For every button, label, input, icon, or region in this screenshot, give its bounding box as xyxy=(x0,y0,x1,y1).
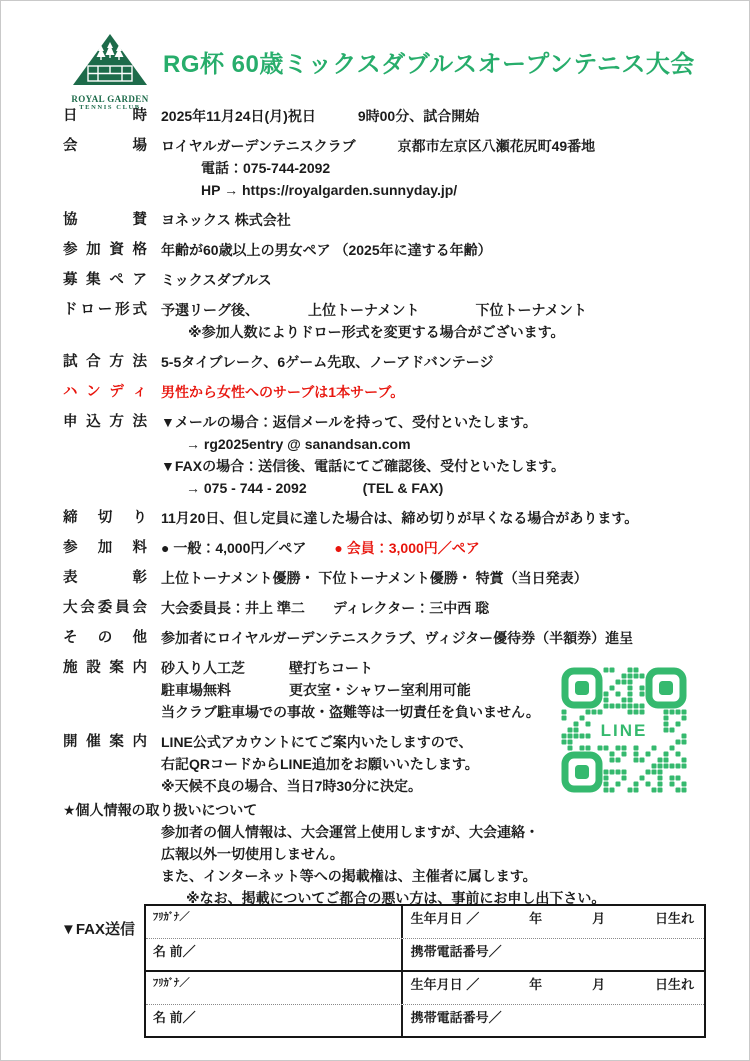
tennis-club-logo-icon xyxy=(60,33,160,89)
entry-fee-member: ● 会員：3,000円／ペア xyxy=(334,540,479,556)
row-other: そ の 他 参加者にロイヤルガーデンテニスクラブ、ヴィジター優待券（半額券）進呈 xyxy=(63,627,713,649)
application-mail-address: → rg2025entry @ sanandsan.com xyxy=(161,433,713,455)
header: ROYAL GARDEN TENNIS CLUB RG杯 60歳ミックスダブルス… xyxy=(59,33,695,112)
line-qr-code: LINE xyxy=(561,667,687,793)
name-field: 名 前／ xyxy=(146,939,403,970)
privacy-section: ★個人情報の取り扱いについて 参加者の個人情報は、大会運営上使用しますが、大会連… xyxy=(63,799,713,909)
facilities-parking: 駐車場無料 xyxy=(161,679,289,701)
row-facilities-label: 施 設 案 内 xyxy=(63,657,147,723)
application-fax: ▼FAXの場合：送信後、電話にてご確認後、受付といたします。 xyxy=(161,455,713,477)
fax-heading: ▼FAX送信 xyxy=(61,918,135,939)
row-application-label: 申 込 方 法 xyxy=(63,411,147,499)
application-fax-number: → 075 - 744 - 2092 (TEL & FAX) xyxy=(161,477,713,499)
qr-line-label: LINE xyxy=(601,721,648,740)
club-logo: ROYAL GARDEN TENNIS CLUB xyxy=(59,33,161,112)
datetime-value: 2025年11月24日(月)祝日 9時00分、試合開始 xyxy=(161,105,713,127)
entry-fee-general: ● 一般：4,000円／ペア xyxy=(161,540,306,556)
facilities-court-surface: 砂入り人工芝 xyxy=(161,657,289,679)
row-datetime: 日 時 2025年11月24日(月)祝日 9時00分、試合開始 xyxy=(63,105,713,127)
furigana-field: ﾌﾘｶﾞﾅ／ xyxy=(146,906,403,938)
row-deadline: 締 切 り 11月20日、但し定員に達した場合は、締め切りが早くなる場合がありま… xyxy=(63,507,713,529)
privacy-line1: 参加者の個人情報は、大会運営上使用しますが、大会連絡・ xyxy=(161,821,713,843)
birth-year-label: 年 xyxy=(529,910,542,928)
birthdate-field: 生年月日 ／ xyxy=(411,910,480,928)
logo-club-name: ROYAL GARDEN xyxy=(59,94,161,104)
fax-form-section: ▼FAX送信 ﾌﾘｶﾞﾅ／ 生年月日 ／年月日生れ 名 前／ 携帯電話番号／ ﾌ… xyxy=(61,904,709,1038)
page-title: RG杯 60歳ミックスダブルスオープンテニス大会 xyxy=(163,50,695,80)
pair-type-value: ミックスダブルス xyxy=(161,269,713,291)
row-venue: 会 場 ロイヤルガーデンテニスクラブ 京都市左京区八瀬花尻町49番地 電話：07… xyxy=(63,135,713,201)
birth-month-label: 月 xyxy=(592,910,605,928)
table-row: 名 前／ 携帯電話番号／ xyxy=(146,938,704,970)
birth-month-label: 月 xyxy=(592,976,605,994)
row-eligibility-label: 参 加 資 格 xyxy=(63,239,147,261)
row-deadline-label: 締 切 り xyxy=(63,507,147,529)
committee-value: 大会委員長：井上 準二 ディレクター：三中西 聡 xyxy=(161,597,713,619)
row-awards-label: 表 彰 xyxy=(63,567,147,589)
fax-entry-player2: ﾌﾘｶﾞﾅ／ 生年月日 ／年月日生れ 名 前／ 携帯電話番号／ xyxy=(146,970,704,1036)
table-row: ﾌﾘｶﾞﾅ／ 生年月日 ／年月日生れ xyxy=(146,906,704,938)
privacy-line2: 広報以外一切使用しません。 xyxy=(161,843,713,865)
application-mail: ▼メールの場合：返信メールを持って、受付といたします。 xyxy=(161,411,713,433)
draw-format-value: 予選リーグ後、 上位トーナメント 下位トーナメント xyxy=(161,299,713,321)
row-pair-type-label: 募 集 ペ ア xyxy=(63,269,147,291)
birthdate-field: 生年月日 ／ xyxy=(411,976,480,994)
privacy-heading: ★個人情報の取り扱いについて xyxy=(63,799,713,821)
awards-value: 上位トーナメント優勝・ 下位トーナメント優勝・ 特賞（当日発表） xyxy=(161,567,713,589)
birth-day-label: 日生れ xyxy=(655,910,694,928)
privacy-line3: また、インターネット等への掲載権は、主催者に属します。 xyxy=(161,865,713,887)
facilities-locker-shower: 更衣室・シャワー室利用可能 xyxy=(289,679,471,701)
mobile-phone-field: 携帯電話番号／ xyxy=(403,939,704,970)
row-application: 申 込 方 法 ▼メールの場合：返信メールを持って、受付といたします。 → rg… xyxy=(63,411,713,499)
table-row: 名 前／ 携帯電話番号／ xyxy=(146,1004,704,1036)
row-sponsor: 協 賛 ヨネックス 株式会社 xyxy=(63,209,713,231)
row-handicap: ハ ン デ ィ 男性から女性へのサーブは1本サーブ。 xyxy=(63,381,713,403)
row-awards: 表 彰 上位トーナメント優勝・ 下位トーナメント優勝・ 特賞（当日発表） xyxy=(63,567,713,589)
row-sponsor-label: 協 賛 xyxy=(63,209,147,231)
deadline-value: 11月20日、但し定員に達した場合は、締め切りが早くなる場合があります。 xyxy=(161,507,713,529)
flyer-page: ROYAL GARDEN TENNIS CLUB RG杯 60歳ミックスダブルス… xyxy=(0,0,750,1061)
eligibility-value: 年齢が60歳以上の男女ペア （2025年に達する年齢） xyxy=(161,239,713,261)
venue-name-address: ロイヤルガーデンテニスクラブ 京都市左京区八瀬花尻町49番地 xyxy=(161,135,713,157)
row-datetime-label: 日 時 xyxy=(63,105,147,127)
facilities-wall-court: 壁打ちコート xyxy=(289,657,373,679)
fax-entry-player1: ﾌﾘｶﾞﾅ／ 生年月日 ／年月日生れ 名 前／ 携帯電話番号／ xyxy=(146,906,704,970)
row-committee-label: 大会委員会 xyxy=(63,597,147,619)
venue-phone: 電話：075-744-2092 xyxy=(161,157,713,179)
row-draw-format: ドロー形式 予選リーグ後、 上位トーナメント 下位トーナメント ※参加人数により… xyxy=(63,299,713,343)
match-rules-value: 5-5タイブレーク、6ゲーム先取、ノーアドバンテージ xyxy=(161,351,713,373)
row-eligibility: 参 加 資 格 年齢が60歳以上の男女ペア （2025年に達する年齢） xyxy=(63,239,713,261)
row-entry-fee: 参 加 料 ● 一般：4,000円／ペア● 会員：3,000円／ペア xyxy=(63,537,713,559)
draw-format-note: ※参加人数によりドロー形式を変更する場合がございます。 xyxy=(161,321,713,343)
row-entry-fee-label: 参 加 料 xyxy=(63,537,147,559)
row-committee: 大会委員会 大会委員長：井上 準二 ディレクター：三中西 聡 xyxy=(63,597,713,619)
row-event-info-label: 開 催 案 内 xyxy=(63,731,147,797)
fax-entry-table: ﾌﾘｶﾞﾅ／ 生年月日 ／年月日生れ 名 前／ 携帯電話番号／ ﾌﾘｶﾞﾅ／ 生… xyxy=(144,904,706,1038)
row-handicap-label: ハ ン デ ィ xyxy=(63,381,147,403)
row-match-rules-label: 試 合 方 法 xyxy=(63,351,147,373)
other-value: 参加者にロイヤルガーデンテニスクラブ、ヴィジター優待券（半額券）進呈 xyxy=(161,627,713,649)
row-draw-format-label: ドロー形式 xyxy=(63,299,147,343)
handicap-value: 男性から女性へのサーブは1本サーブ。 xyxy=(161,381,713,403)
furigana-field: ﾌﾘｶﾞﾅ／ xyxy=(146,972,403,1004)
row-match-rules: 試 合 方 法 5-5タイブレーク、6ゲーム先取、ノーアドバンテージ xyxy=(63,351,713,373)
name-field: 名 前／ xyxy=(146,1005,403,1036)
row-other-label: そ の 他 xyxy=(63,627,147,649)
birth-day-label: 日生れ xyxy=(655,976,694,994)
table-row: ﾌﾘｶﾞﾅ／ 生年月日 ／年月日生れ xyxy=(146,972,704,1004)
row-pair-type: 募 集 ペ ア ミックスダブルス xyxy=(63,269,713,291)
birth-year-label: 年 xyxy=(529,976,542,994)
row-venue-label: 会 場 xyxy=(63,135,147,201)
mobile-phone-field: 携帯電話番号／ xyxy=(403,1005,704,1036)
venue-website-url: HP → https://royalgarden.sunnyday.jp/ xyxy=(161,179,713,201)
sponsor-value: ヨネックス 株式会社 xyxy=(161,209,713,231)
entry-fee-line: ● 一般：4,000円／ペア● 会員：3,000円／ペア xyxy=(161,537,713,559)
